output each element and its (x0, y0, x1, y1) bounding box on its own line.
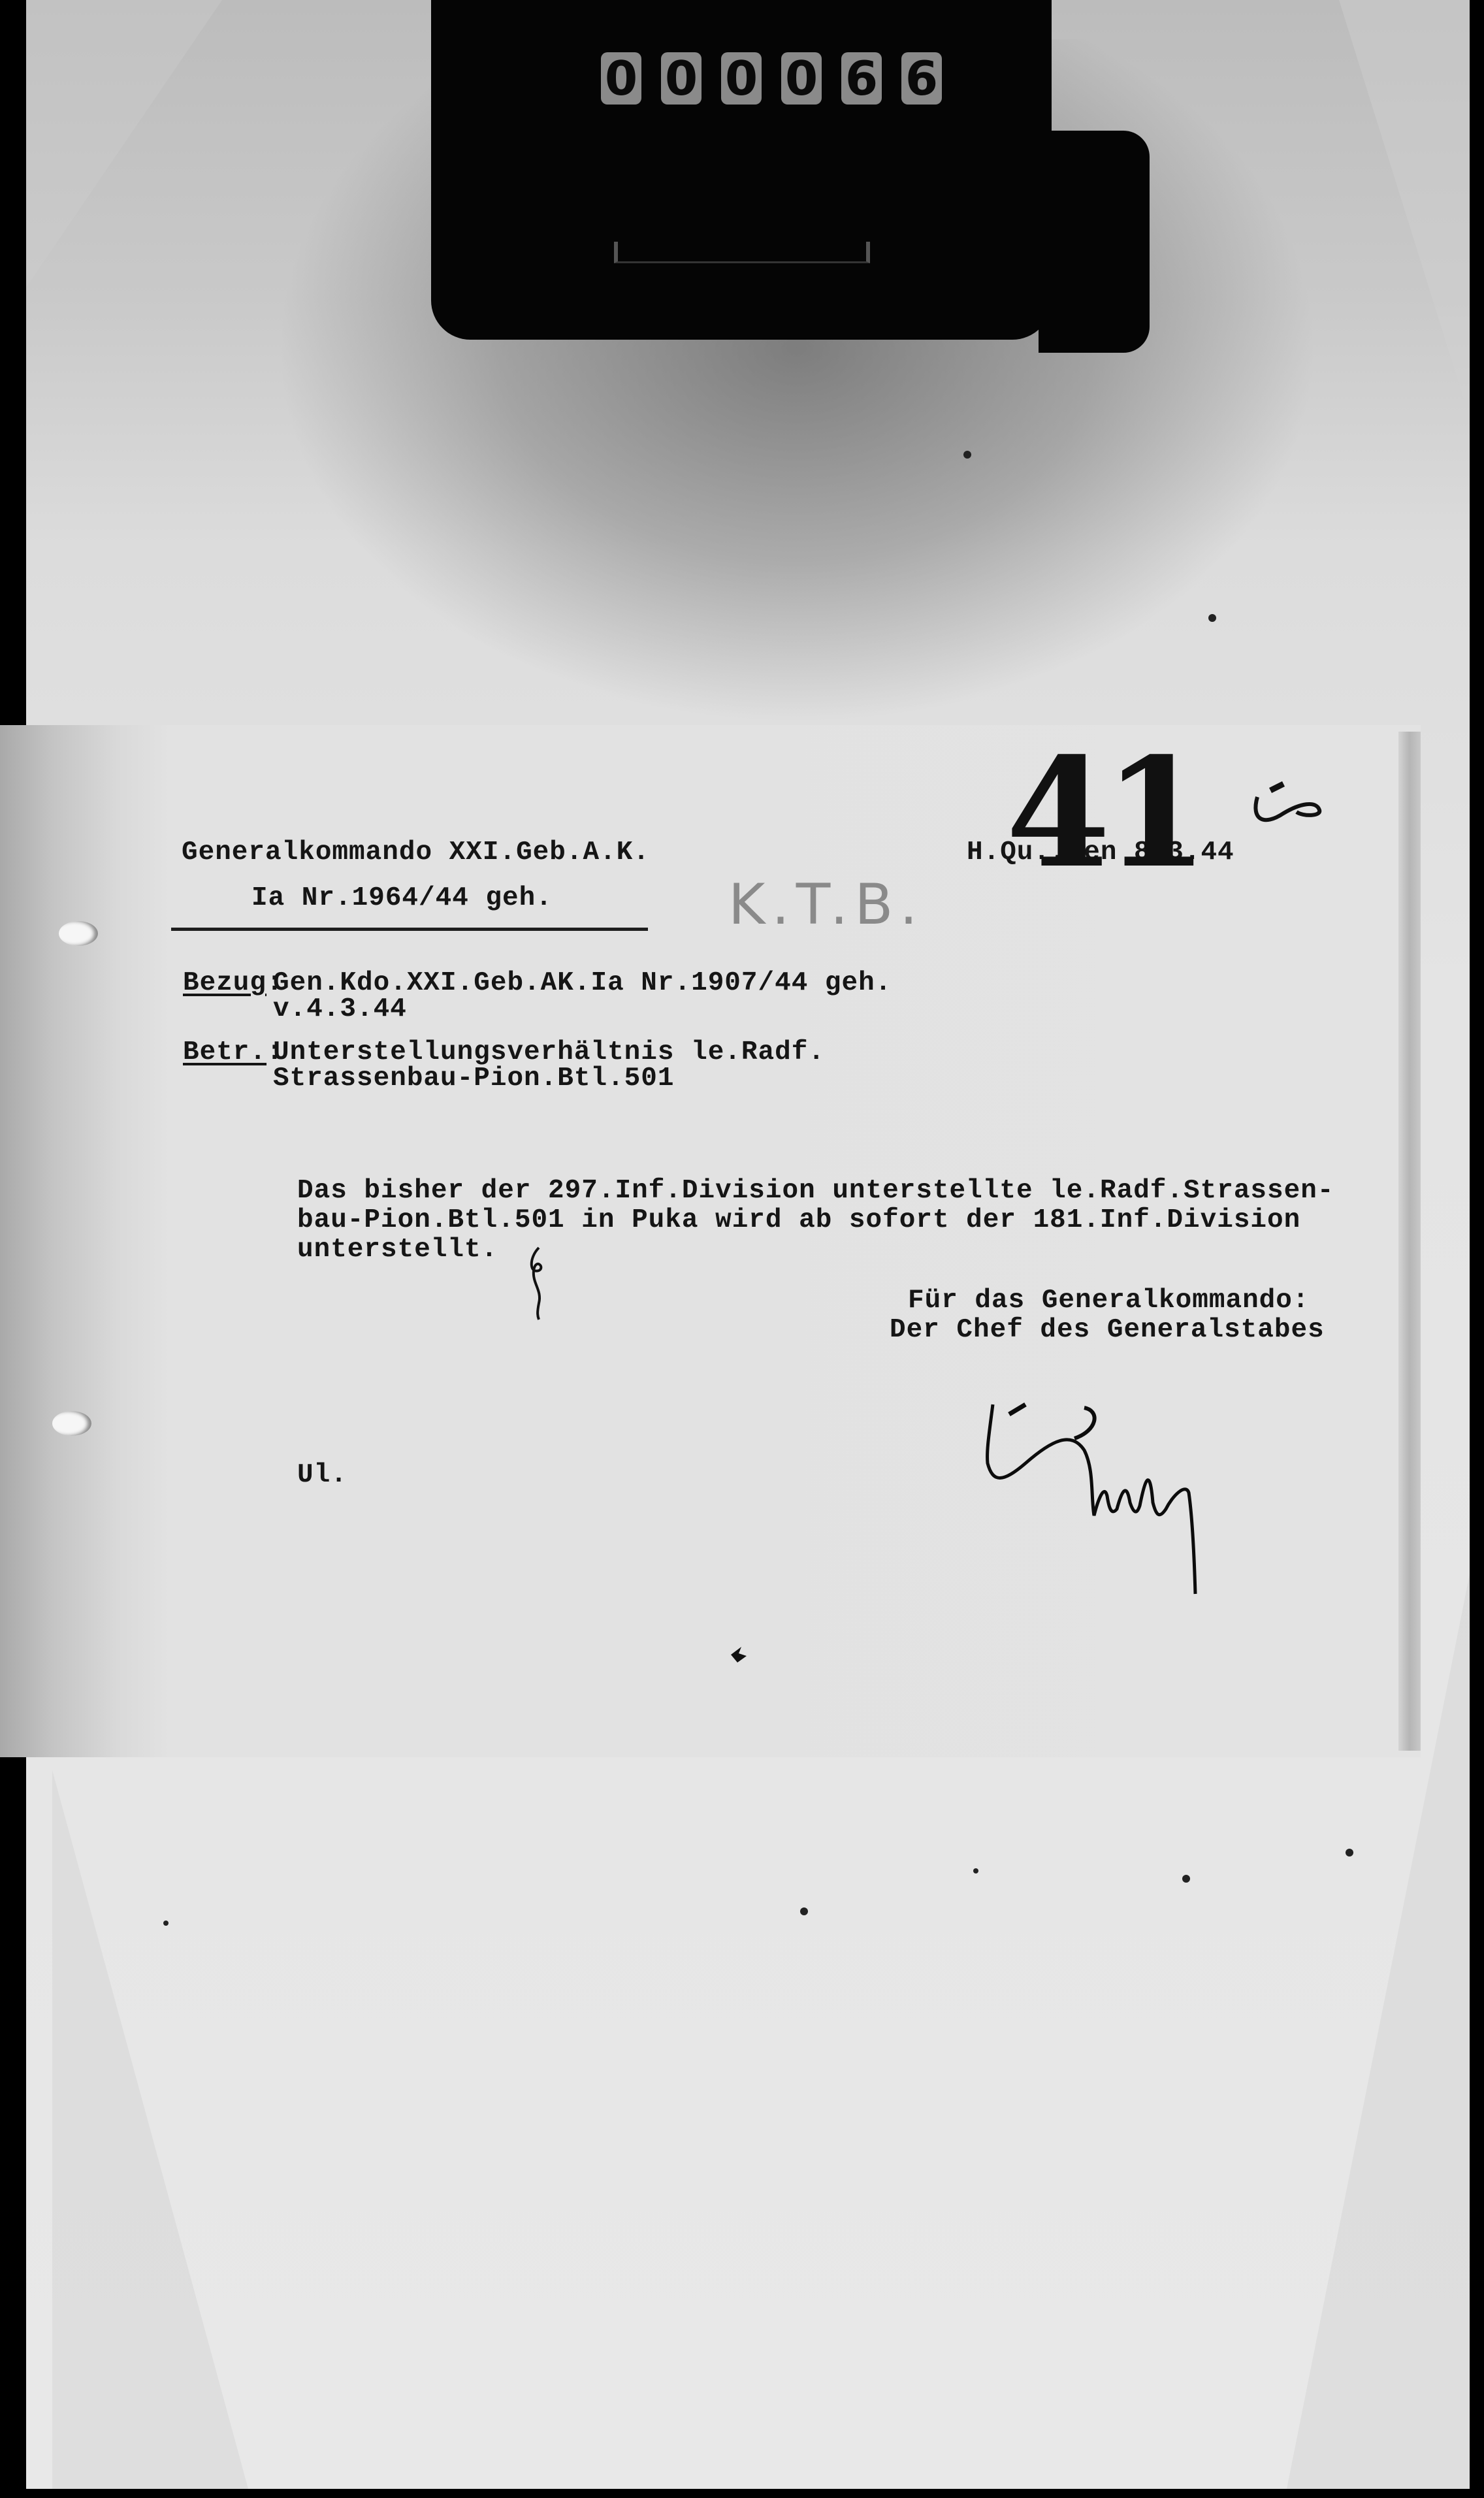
folio-squiggle (1244, 781, 1336, 833)
counter-digit: 0 (781, 52, 822, 105)
reference-label: Bezug (183, 968, 266, 998)
punch-hole (52, 1411, 91, 1436)
counter-knob (1039, 131, 1150, 353)
subject-label-group: Betr.: (183, 1037, 283, 1067)
speck (163, 1921, 169, 1926)
speck (1346, 1849, 1353, 1857)
closing-line-1: Für das Generalkommando: (908, 1286, 1310, 1316)
counter-slot (614, 242, 870, 263)
counter-digit: 6 (901, 52, 942, 105)
counter-digits: 0 0 0 0 6 6 (601, 52, 942, 105)
initials-mark (519, 1244, 558, 1323)
body-line-2: bau-Pion.Btl.501 in Puka wird ab sofort … (297, 1205, 1300, 1235)
photo-corner-bottom-left (52, 1770, 248, 2489)
speck (963, 451, 971, 459)
counter-digit: 0 (661, 52, 702, 105)
body-line-1: Das bisher der 297.Inf.Division unterste… (297, 1176, 1334, 1206)
reference-line-2: v.4.3.44 (273, 994, 407, 1024)
reference-label-group: Bezug: (183, 968, 283, 998)
punch-hole (59, 921, 98, 946)
body-line-3: unterstellt. (297, 1235, 498, 1265)
speck (800, 1907, 808, 1915)
speck (973, 1868, 978, 1873)
subject-label: Betr. (183, 1037, 266, 1067)
frame-counter: 0 0 0 0 6 6 (431, 0, 1052, 340)
counter-digit: 0 (721, 52, 762, 105)
photo-corner-top-right (1339, 0, 1470, 418)
sender-line-2: Ia Nr.1964/44 geh. (251, 883, 553, 913)
arrow-mark (728, 1643, 754, 1669)
photo-corner-top-left (26, 0, 222, 287)
counter-digit: 6 (841, 52, 882, 105)
closing-line-2: Der Chef des Generalstabes (890, 1315, 1325, 1345)
distribution-note: Ul. (297, 1460, 347, 1490)
sender-underline (171, 928, 648, 931)
sheet-edge-strip (1398, 732, 1421, 1751)
paraph-mark (513, 1966, 552, 2045)
speck (1182, 1875, 1190, 1883)
signature (941, 1391, 1293, 1607)
counter-digit: 0 (601, 52, 641, 105)
folio-stamp: 41 (1006, 738, 1202, 888)
subject-line-2: Strassenbau-Pion.Btl.501 (273, 1063, 675, 1094)
speck (1208, 614, 1216, 622)
sender-line-1: Generalkommando XXI.Geb.A.K. (182, 837, 650, 868)
handwritten-annotation: K.T.B. (728, 872, 924, 937)
